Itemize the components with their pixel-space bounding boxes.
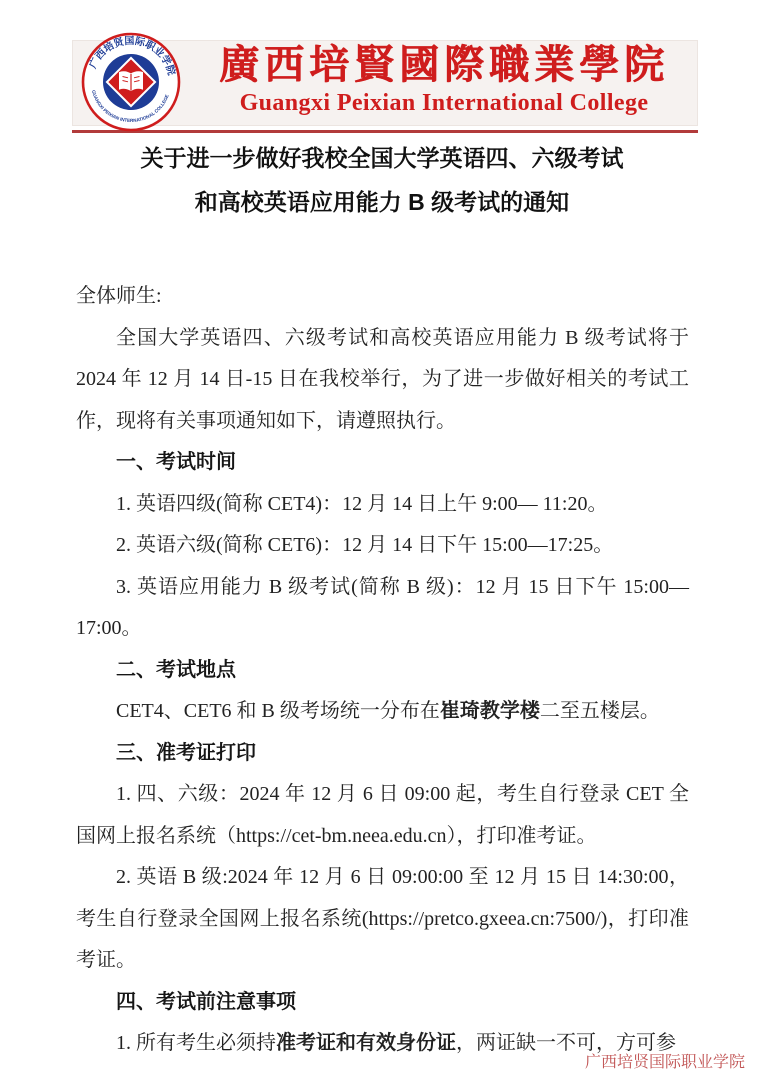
section1-item2: 2. 英语六级(简称 CET6)：12 月 14 日下午 15:00—17:25… bbox=[76, 525, 689, 567]
college-name-en: Guangxi Peixian International College bbox=[195, 89, 693, 117]
section2-location: CET4、CET6 和 B 级考场统一分布在崔琦教学楼二至五楼层。 bbox=[76, 691, 689, 733]
section3-item2: 2. 英语 B 级:2024 年 12 月 6 日 09:00:00 至 12 … bbox=[76, 857, 689, 982]
location-text-post: 二至五楼层。 bbox=[540, 700, 660, 722]
notice-title: 关于进一步做好我校全国大学英语四、六级考试 和高校英语应用能力 B 级考试的通知 bbox=[0, 136, 764, 224]
section4-heading: 四、考试前注意事项 bbox=[76, 982, 689, 1024]
college-name-zh: 廣西培賢國際職業學院 bbox=[195, 41, 693, 89]
section3-heading: 三、准考证打印 bbox=[76, 733, 689, 775]
footer-watermark: 广西培贤国际职业学院 bbox=[585, 1049, 745, 1072]
notice-item-pre: 1. 所有考生必须持 bbox=[116, 1032, 276, 1054]
notice-title-line1: 关于进一步做好我校全国大学英语四、六级考试 bbox=[0, 136, 764, 180]
book-icon bbox=[120, 72, 143, 91]
section1-item1: 1. 英语四级(简称 CET4)：12 月 14 日上午 9:00— 11:20… bbox=[76, 484, 689, 526]
section3-item1: 1. 四、六级：2024 年 12 月 6 日 09:00 起，考生自行登录 C… bbox=[76, 774, 689, 857]
letterhead: 广西培贤国际职业学院 GUANGXI PEIXIAN INTERNATIONAL… bbox=[72, 40, 698, 133]
college-names: 廣西培賢國際職業學院 Guangxi Peixian International… bbox=[195, 41, 693, 125]
letterhead-box: 广西培贤国际职业学院 GUANGXI PEIXIAN INTERNATIONAL… bbox=[72, 40, 698, 126]
section1-item3: 3. 英语应用能力 B 级考试(简称 B 级)：12 月 15 日下午 15:0… bbox=[76, 567, 689, 650]
intro-paragraph: 全国大学英语四、六级考试和高校英语应用能力 B 级考试将于 2024 年 12 … bbox=[76, 318, 689, 443]
location-text-pre: CET4、CET6 和 B 级考场统一分布在 bbox=[116, 700, 440, 722]
salutation: 全体师生: bbox=[76, 276, 689, 318]
notice-body: 全体师生: 全国大学英语四、六级考试和高校英语应用能力 B 级考试将于 2024… bbox=[76, 276, 689, 1065]
notice-title-line2: 和高校英语应用能力 B 级考试的通知 bbox=[0, 180, 764, 224]
section1-heading: 一、考试时间 bbox=[76, 442, 689, 484]
notice-item-bold: 准考证和有效身份证 bbox=[276, 1032, 456, 1054]
section2-heading: 二、考试地点 bbox=[76, 650, 689, 692]
location-building-bold: 崔琦教学楼 bbox=[440, 700, 540, 722]
college-seal-icon: 广西培贤国际职业学院 GUANGXI PEIXIAN INTERNATIONAL… bbox=[81, 32, 181, 132]
